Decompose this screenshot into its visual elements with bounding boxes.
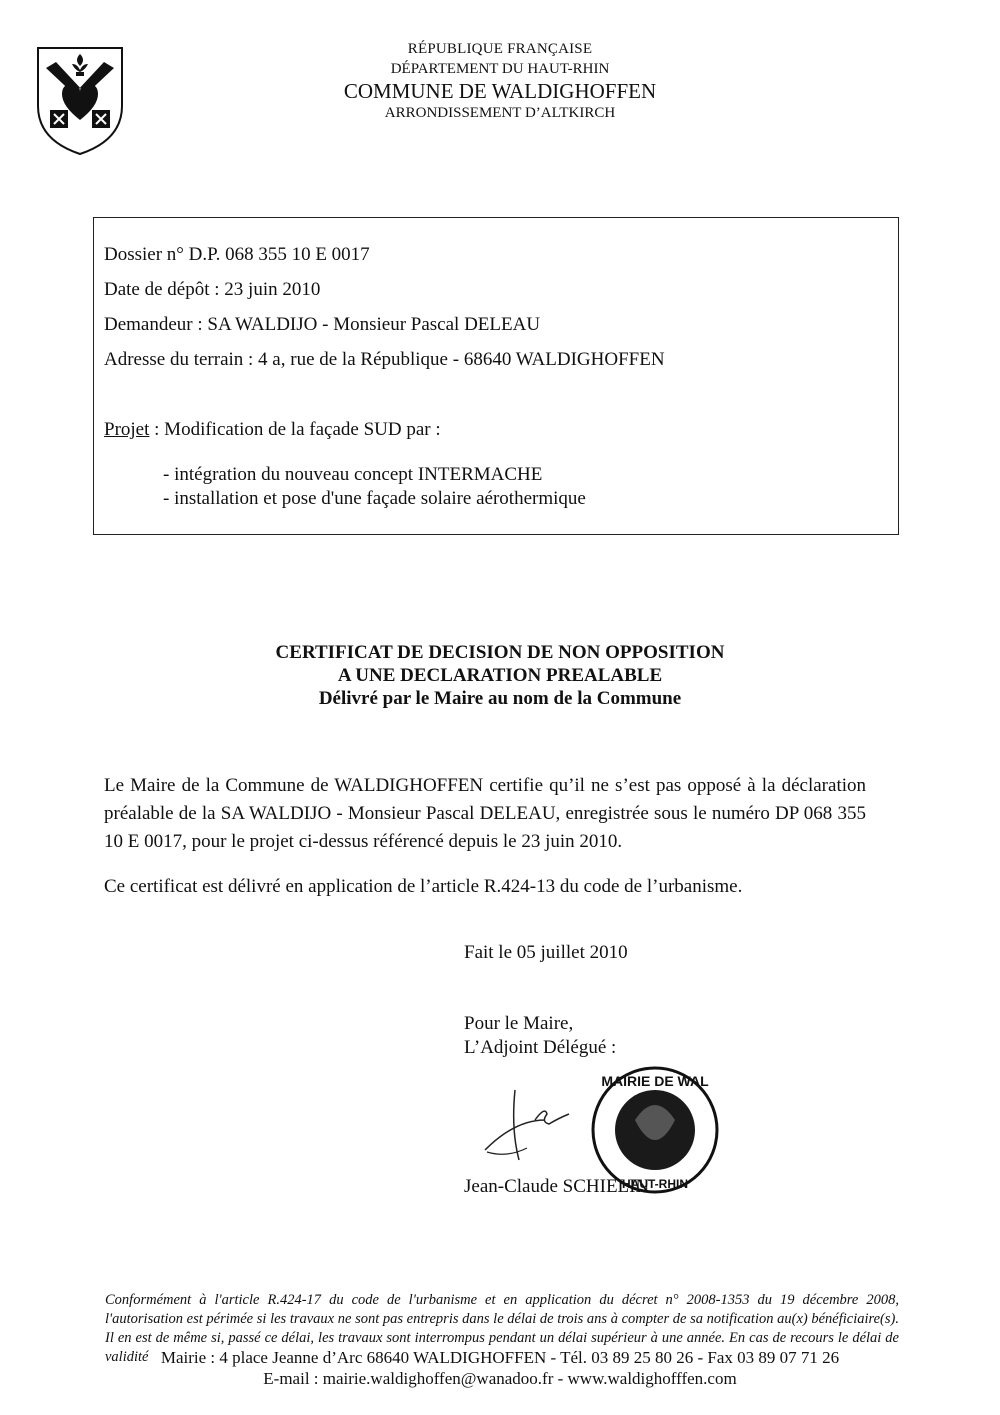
- certificate-subtitle: Délivré par le Maire au nom de la Commun…: [150, 688, 850, 710]
- letterhead: RÉPUBLIQUE FRANÇAISE DÉPARTEMENT DU HAUT…: [290, 38, 710, 121]
- signature-date: Fait le 05 juillet 2010: [464, 942, 628, 964]
- coat-of-arms-icon: [34, 44, 126, 156]
- dossier-box: Dossier n° D.P. 068 355 10 E 0017 Date d…: [93, 217, 899, 535]
- footer-address: Mairie : 4 place Jeanne d’Arc 68640 WALD…: [100, 1348, 900, 1368]
- legal-basis-paragraph: Ce certificat est délivré en application…: [104, 873, 866, 901]
- signatory-role: L’Adjoint Délégué :: [464, 1037, 616, 1059]
- dossier-number: Dossier n° D.P. 068 355 10 E 0017: [104, 244, 370, 266]
- land-address: Adresse du terrain : 4 a, rue de la Répu…: [104, 349, 665, 371]
- republic-heading: RÉPUBLIQUE FRANÇAISE: [290, 42, 710, 57]
- certificate-title-line2: A UNE DECLARATION PREALABLE: [150, 665, 850, 687]
- arrondissement-heading: ARRONDISSEMENT D’ALTKIRCH: [290, 106, 710, 121]
- department-heading: DÉPARTEMENT DU HAUT-RHIN: [290, 62, 710, 77]
- signatory-name: Jean-Claude SCHIELIN: [464, 1176, 649, 1198]
- project-item: - installation et pose d'une façade sola…: [163, 488, 586, 510]
- for-mayor: Pour le Maire,: [464, 1013, 573, 1035]
- project-text: : Modification de la façade SUD par :: [149, 419, 440, 440]
- svg-text:MAIRIE DE WAL: MAIRIE DE WAL: [601, 1073, 709, 1089]
- project-label: Projet: [104, 419, 149, 440]
- applicant: Demandeur : SA WALDIJO - Monsieur Pascal…: [104, 314, 540, 336]
- commune-heading: COMMUNE DE WALDIGHOFFEN: [290, 81, 710, 102]
- project-line: Projet : Modification de la façade SUD p…: [104, 419, 441, 441]
- deposit-date: Date de dépôt : 23 juin 2010: [104, 279, 320, 301]
- project-item: - intégration du nouveau concept INTERMA…: [163, 464, 542, 486]
- footer-contact: E-mail : mairie.waldighoffen@wanadoo.fr …: [100, 1369, 900, 1389]
- certificate-title-line1: CERTIFICAT DE DECISION DE NON OPPOSITION: [150, 642, 850, 664]
- certificate-paragraph: Le Maire de la Commune de WALDIGHOFFEN c…: [104, 772, 866, 856]
